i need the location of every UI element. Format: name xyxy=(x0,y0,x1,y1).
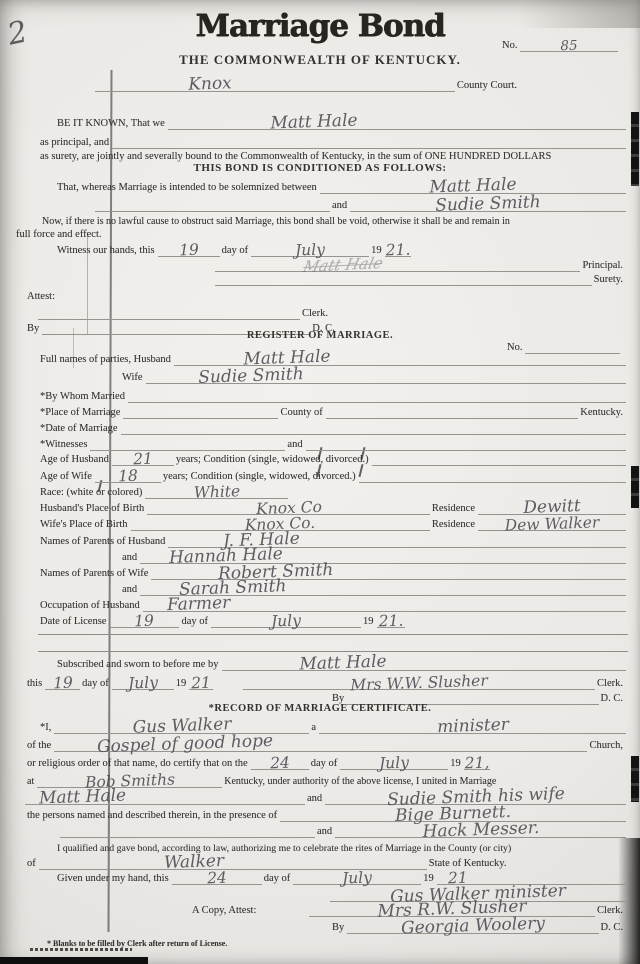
husband-residence-field: Dewitt xyxy=(478,501,626,515)
clerk-label: Clerk. xyxy=(595,904,626,917)
cert-groom-field: Matt Hale xyxy=(25,791,305,805)
wife-birth-label: Wife's Place of Birth xyxy=(38,518,131,531)
lawful-clause-row-2: full force and effect. xyxy=(14,227,105,241)
race-row: Race: (white or colored) White xyxy=(38,485,288,499)
license-month-field: July xyxy=(211,614,361,628)
qualified-row: I qualified and gave bond, according to … xyxy=(55,841,514,855)
copy-attest-label: A Copy, Attest: xyxy=(190,904,259,917)
by-label: By xyxy=(330,921,347,934)
sworn-name-value: Matt Hale xyxy=(299,651,387,674)
bride-name-value: Sudie Smith xyxy=(435,192,541,216)
footnote-text: * Blanks to be filled by Clerk after ret… xyxy=(45,937,230,950)
as-principal-label: as principal, and xyxy=(38,136,112,149)
race-field: White xyxy=(145,485,288,499)
blank-field xyxy=(95,198,330,212)
certificate-heading: *RECORD OF MARRIAGE CERTIFICATE. xyxy=(0,703,640,714)
parents-husband-row: Names of Parents of Husband J. F. Hale xyxy=(38,534,626,548)
kentucky-label: Kentucky. xyxy=(578,406,626,419)
age-husband-label: Age of Husband xyxy=(38,453,112,466)
witness-field-2 xyxy=(306,437,626,451)
county-court-label: County Court. xyxy=(455,79,520,92)
presence-clause: the persons named and described therein,… xyxy=(25,809,280,822)
date-of-marriage-field xyxy=(121,421,626,435)
principal-label: Principal. xyxy=(580,259,626,272)
parents-wife-label: Names of Parents of Wife xyxy=(38,567,151,580)
wife-residence-field: Dew Walker xyxy=(478,517,626,531)
principal-signature-row: Matt Hale Principal. xyxy=(215,258,626,272)
given-day-field: 24 xyxy=(172,871,262,885)
solemnized-label: That, whereas Marriage is intended to be… xyxy=(55,181,320,194)
surety-name-field xyxy=(112,135,626,149)
year-prefix: 19 xyxy=(361,615,377,628)
scan-edge-artifact xyxy=(631,112,639,186)
church-row: of the Gospel of good hope Church, xyxy=(25,738,626,752)
place-of-marriage-row: *Place of Marriage County of Kentucky. xyxy=(38,405,626,419)
age-wife-value: 18 xyxy=(118,467,138,486)
be-it-known-label: BE IT KNOWN, That we xyxy=(55,117,168,130)
occupation-row: Occupation of Husband Farmer xyxy=(38,598,626,612)
minister-title-field: minister xyxy=(319,720,626,734)
occupation-value: Farmer xyxy=(167,593,231,615)
section-divider xyxy=(38,651,628,652)
cert-year-field: 21, xyxy=(464,756,490,770)
qualified-clause: I qualified and gave bond, according to … xyxy=(55,842,514,855)
wife-name-value: Sudie Smith xyxy=(198,364,304,388)
be-it-known-row: BE IT KNOWN, That we Matt Hale xyxy=(55,116,626,130)
scan-bottom-bar xyxy=(0,957,148,964)
day-of-label: day of xyxy=(80,677,112,690)
parents-husband-label: Names of Parents of Husband xyxy=(38,535,168,548)
marriage-place-field: Bob Smiths xyxy=(37,774,222,788)
as-principal-row: as principal, and xyxy=(38,135,626,149)
bride-name-field: Sudie Smith xyxy=(350,198,626,212)
given-month-field: July xyxy=(293,871,421,885)
condition-label: years; Condition (single, widowed, divor… xyxy=(161,470,359,483)
solemnized-row: That, whereas Marriage is intended to be… xyxy=(55,180,626,194)
united-couple-row: Matt Hale and Sudie Smith his wife xyxy=(25,791,626,805)
place-label: *Place of Marriage xyxy=(38,406,123,419)
witness2-field: Hack Messer. xyxy=(335,824,626,838)
given-day-value: 24 xyxy=(207,869,227,888)
age-wife-row: Age of Wife 18 years; Condition (single,… xyxy=(38,469,626,483)
minister-row: *I, Gus Walker a minister xyxy=(38,720,626,734)
license-day-value: 19 xyxy=(134,612,154,631)
county-field xyxy=(326,405,578,419)
witness1-field: Bige Burnett. xyxy=(280,808,626,822)
age-wife-label: Age of Wife xyxy=(38,470,95,483)
attest-label: Attest: xyxy=(25,290,58,303)
husband-birth-field: Knox Co xyxy=(147,501,430,515)
condition-label: years; Condition (single, widowed, divor… xyxy=(174,453,372,466)
sworn-name-field: Matt Hale xyxy=(222,657,626,671)
lawful-clause-row-1: Now, if there is no lawful cause to obst… xyxy=(40,214,513,228)
age-wife-field: 18 xyxy=(95,469,161,483)
husband-birth-row: Husband's Place of Birth Knox Co Residen… xyxy=(38,501,626,515)
by-whom-field xyxy=(128,389,626,403)
given-month-value: July xyxy=(342,868,373,887)
principal-name-value: Matt Hale xyxy=(271,110,359,133)
groom-name-field: Matt Hale xyxy=(320,180,626,194)
by-whom-label: *By Whom Married xyxy=(38,390,128,403)
sworn-year-field: 21 xyxy=(189,676,213,690)
witnesses-row: *Witnesses and xyxy=(38,437,626,451)
witness-field-1 xyxy=(90,437,285,451)
scan-edge-artifact xyxy=(631,756,639,802)
minister-title-value: minister xyxy=(436,715,508,737)
day-of-label: day of xyxy=(220,244,252,257)
witnesses-label: *Witnesses xyxy=(38,438,90,451)
cert-month-field: July xyxy=(340,756,448,770)
sworn-day-value: 19 xyxy=(52,674,72,693)
occupation-field: Farmer xyxy=(143,598,626,612)
marriage-bond-document: 2 Marriage Bond No. 85 THE COMMONWEALTH … xyxy=(0,0,640,964)
sworn-day-field: 19 xyxy=(45,676,80,690)
wife-label: Wife xyxy=(120,371,146,384)
scan-edge-artifact xyxy=(631,466,639,508)
no-label: No. xyxy=(500,39,520,52)
wife-name-field: Sudie Smith xyxy=(146,370,626,384)
license-date-row: Date of License 19 day of July 19 21. xyxy=(38,614,405,628)
clerk-label: Clerk. xyxy=(595,677,626,690)
date-of-marriage-label: *Date of Marriage xyxy=(38,422,121,435)
year-value: 21. xyxy=(385,241,410,260)
witness2-value: Hack Messer. xyxy=(422,818,539,842)
sworn-year-value: 21 xyxy=(191,674,211,693)
surety-signature-field xyxy=(215,272,592,286)
day-of-label: day of xyxy=(262,872,294,885)
parents-wife-row: Names of Parents of Wife Robert Smith xyxy=(38,566,626,580)
church-name-field: Gospel of good hope xyxy=(54,738,587,752)
authority-clause: Kentucky, under authority of the above l… xyxy=(222,775,499,788)
clerk-signature-field: Mrs W.W. Slusher xyxy=(243,676,595,690)
residence-label: Residence xyxy=(430,502,478,515)
license-year-value: 21. xyxy=(378,612,403,631)
and-label: and xyxy=(315,825,335,838)
footnote-row: * Blanks to be filled by Clerk after ret… xyxy=(45,936,230,950)
day-of-label: day of xyxy=(309,757,341,770)
surety-clause-row: as surety, are jointly and severally bou… xyxy=(38,149,554,163)
clerk-label: Clerk. xyxy=(300,307,331,320)
residence-label: Residence xyxy=(430,518,478,531)
condition-field xyxy=(372,452,626,466)
copy-attest-row: A Copy, Attest: Mrs R.W. Slusher Clerk. xyxy=(190,903,626,917)
by-whom-row: *By Whom Married xyxy=(38,389,626,403)
commonwealth-heading: THE COMMONWEALTH OF KENTUCKY. xyxy=(0,52,640,68)
a-label: a xyxy=(309,721,319,734)
and-label: and xyxy=(285,438,305,451)
license-label: Date of License xyxy=(38,615,109,628)
at-label: at xyxy=(25,775,37,788)
husband-mother-row: and Hannah Hale xyxy=(120,550,626,564)
cert-groom-value: Matt Hale xyxy=(39,785,127,808)
i-label: *I, xyxy=(38,721,54,734)
of-the-label: of the xyxy=(25,739,54,752)
principal-signature-field: Matt Hale xyxy=(215,258,580,272)
license-month-value: July xyxy=(271,611,302,630)
license-year-field: 21. xyxy=(377,614,405,628)
year-prefix: 19 xyxy=(448,757,464,770)
bride-row: and Sudie Smith xyxy=(95,198,626,212)
year-field: 21. xyxy=(385,243,411,257)
witness2-row: and Hack Messer. xyxy=(60,824,626,838)
cert-month-value: July xyxy=(379,753,410,772)
day-of-label: day of xyxy=(179,615,211,628)
condition-field xyxy=(359,469,626,483)
state-label: State of Kentucky. xyxy=(427,857,510,870)
certify-date-row: or religious order of that name, do cert… xyxy=(25,756,626,770)
county-court-row: Knox County Court. xyxy=(95,78,520,92)
cert-day-field: 24 xyxy=(251,756,309,770)
place-field xyxy=(123,405,278,419)
attest-by-dc-row: By Georgia Woolery D. C. xyxy=(330,920,626,934)
date-of-marriage-row: *Date of Marriage xyxy=(38,421,626,435)
bond-number-row: No. 85 xyxy=(500,38,618,52)
attest-clerk-field: Mrs R.W. Slusher xyxy=(309,903,595,917)
surety-signature-row: Surety. xyxy=(215,272,626,286)
county-name-value: Knox xyxy=(188,73,232,95)
husband-mother-field: Hannah Hale xyxy=(140,550,626,564)
this-label: this xyxy=(25,677,45,690)
and-label: and xyxy=(305,792,325,805)
cert-year-value: 21, xyxy=(464,754,489,773)
clerk-signature-field xyxy=(38,306,300,320)
bond-number-field: 85 xyxy=(520,38,618,52)
blank-field xyxy=(60,824,315,838)
dc-label: D. C. xyxy=(599,921,626,934)
subscribed-row: Subscribed and sworn to before me by Mat… xyxy=(55,657,626,671)
occupation-label: Occupation of Husband xyxy=(38,599,143,612)
race-label: Race: (white or colored) xyxy=(38,486,145,499)
attest-deputy-value: Georgia Woolery xyxy=(401,913,546,938)
church-label: Church, xyxy=(587,739,626,752)
subscribed-label: Subscribed and sworn to before me by xyxy=(55,658,222,671)
sworn-month-value: July xyxy=(127,673,158,692)
race-value: White xyxy=(193,482,240,502)
full-names-label: Full names of parties, Husband xyxy=(38,353,174,366)
principal-name-field: Matt Hale xyxy=(168,116,626,130)
age-husband-value: 21 xyxy=(133,450,153,469)
license-day-field: 19 xyxy=(109,614,179,628)
cert-day-value: 24 xyxy=(270,754,290,773)
clerk-signature-row: Clerk. xyxy=(38,306,331,320)
wife-residence-value: Dew Walker xyxy=(504,513,599,534)
age-husband-field: 21 xyxy=(112,452,174,466)
year-prefix: 19 xyxy=(421,872,437,885)
given-hand-label: Given under my hand, this xyxy=(55,872,172,885)
wife-name-row: Wife Sudie Smith xyxy=(120,370,626,384)
sworn-month-field: July xyxy=(112,676,174,690)
order-clause: or religious order of that name, do cert… xyxy=(25,757,251,770)
day-field: 19 xyxy=(158,243,220,257)
age-husband-row: Age of Husband 21 years; Condition (sing… xyxy=(38,452,626,466)
lawful-clause-1: Now, if there is no lawful cause to obst… xyxy=(40,215,513,228)
full-names-row: Full names of parties, Husband Matt Hale xyxy=(38,352,626,366)
qualified-county-row: of Walker State of Kentucky. xyxy=(25,856,510,870)
and-label: and xyxy=(120,551,140,564)
section-divider xyxy=(38,634,628,635)
and-label: and xyxy=(330,199,350,212)
of-label: of xyxy=(25,857,39,870)
year-prefix: 19 xyxy=(174,677,190,690)
and-label: and xyxy=(120,583,140,596)
husband-birth-label: Husband's Place of Birth xyxy=(38,502,147,515)
county-name-field: Knox xyxy=(95,78,455,92)
attest-deputy-field: Georgia Woolery xyxy=(347,920,598,934)
surety-label: Surety. xyxy=(592,273,626,286)
husband-name-field: Matt Hale xyxy=(174,352,626,366)
sworn-date-row: this 19 day of July 19 21 Mrs W.W. Slush… xyxy=(25,676,626,690)
lawful-clause-2: full force and effect. xyxy=(14,228,105,241)
county-of-label: County of xyxy=(278,406,325,419)
wife-birth-row: Wife's Place of Birth Knox Co. Residence… xyxy=(38,517,626,531)
conditioned-heading: THIS BOND IS CONDITIONED AS FOLLOWS: xyxy=(0,162,640,174)
attest-row: Attest: xyxy=(25,289,58,303)
witness-hands-label: Witness our hands, this xyxy=(55,244,158,257)
day-value: 19 xyxy=(178,241,198,260)
church-name-value: Gospel of good hope xyxy=(97,731,274,757)
